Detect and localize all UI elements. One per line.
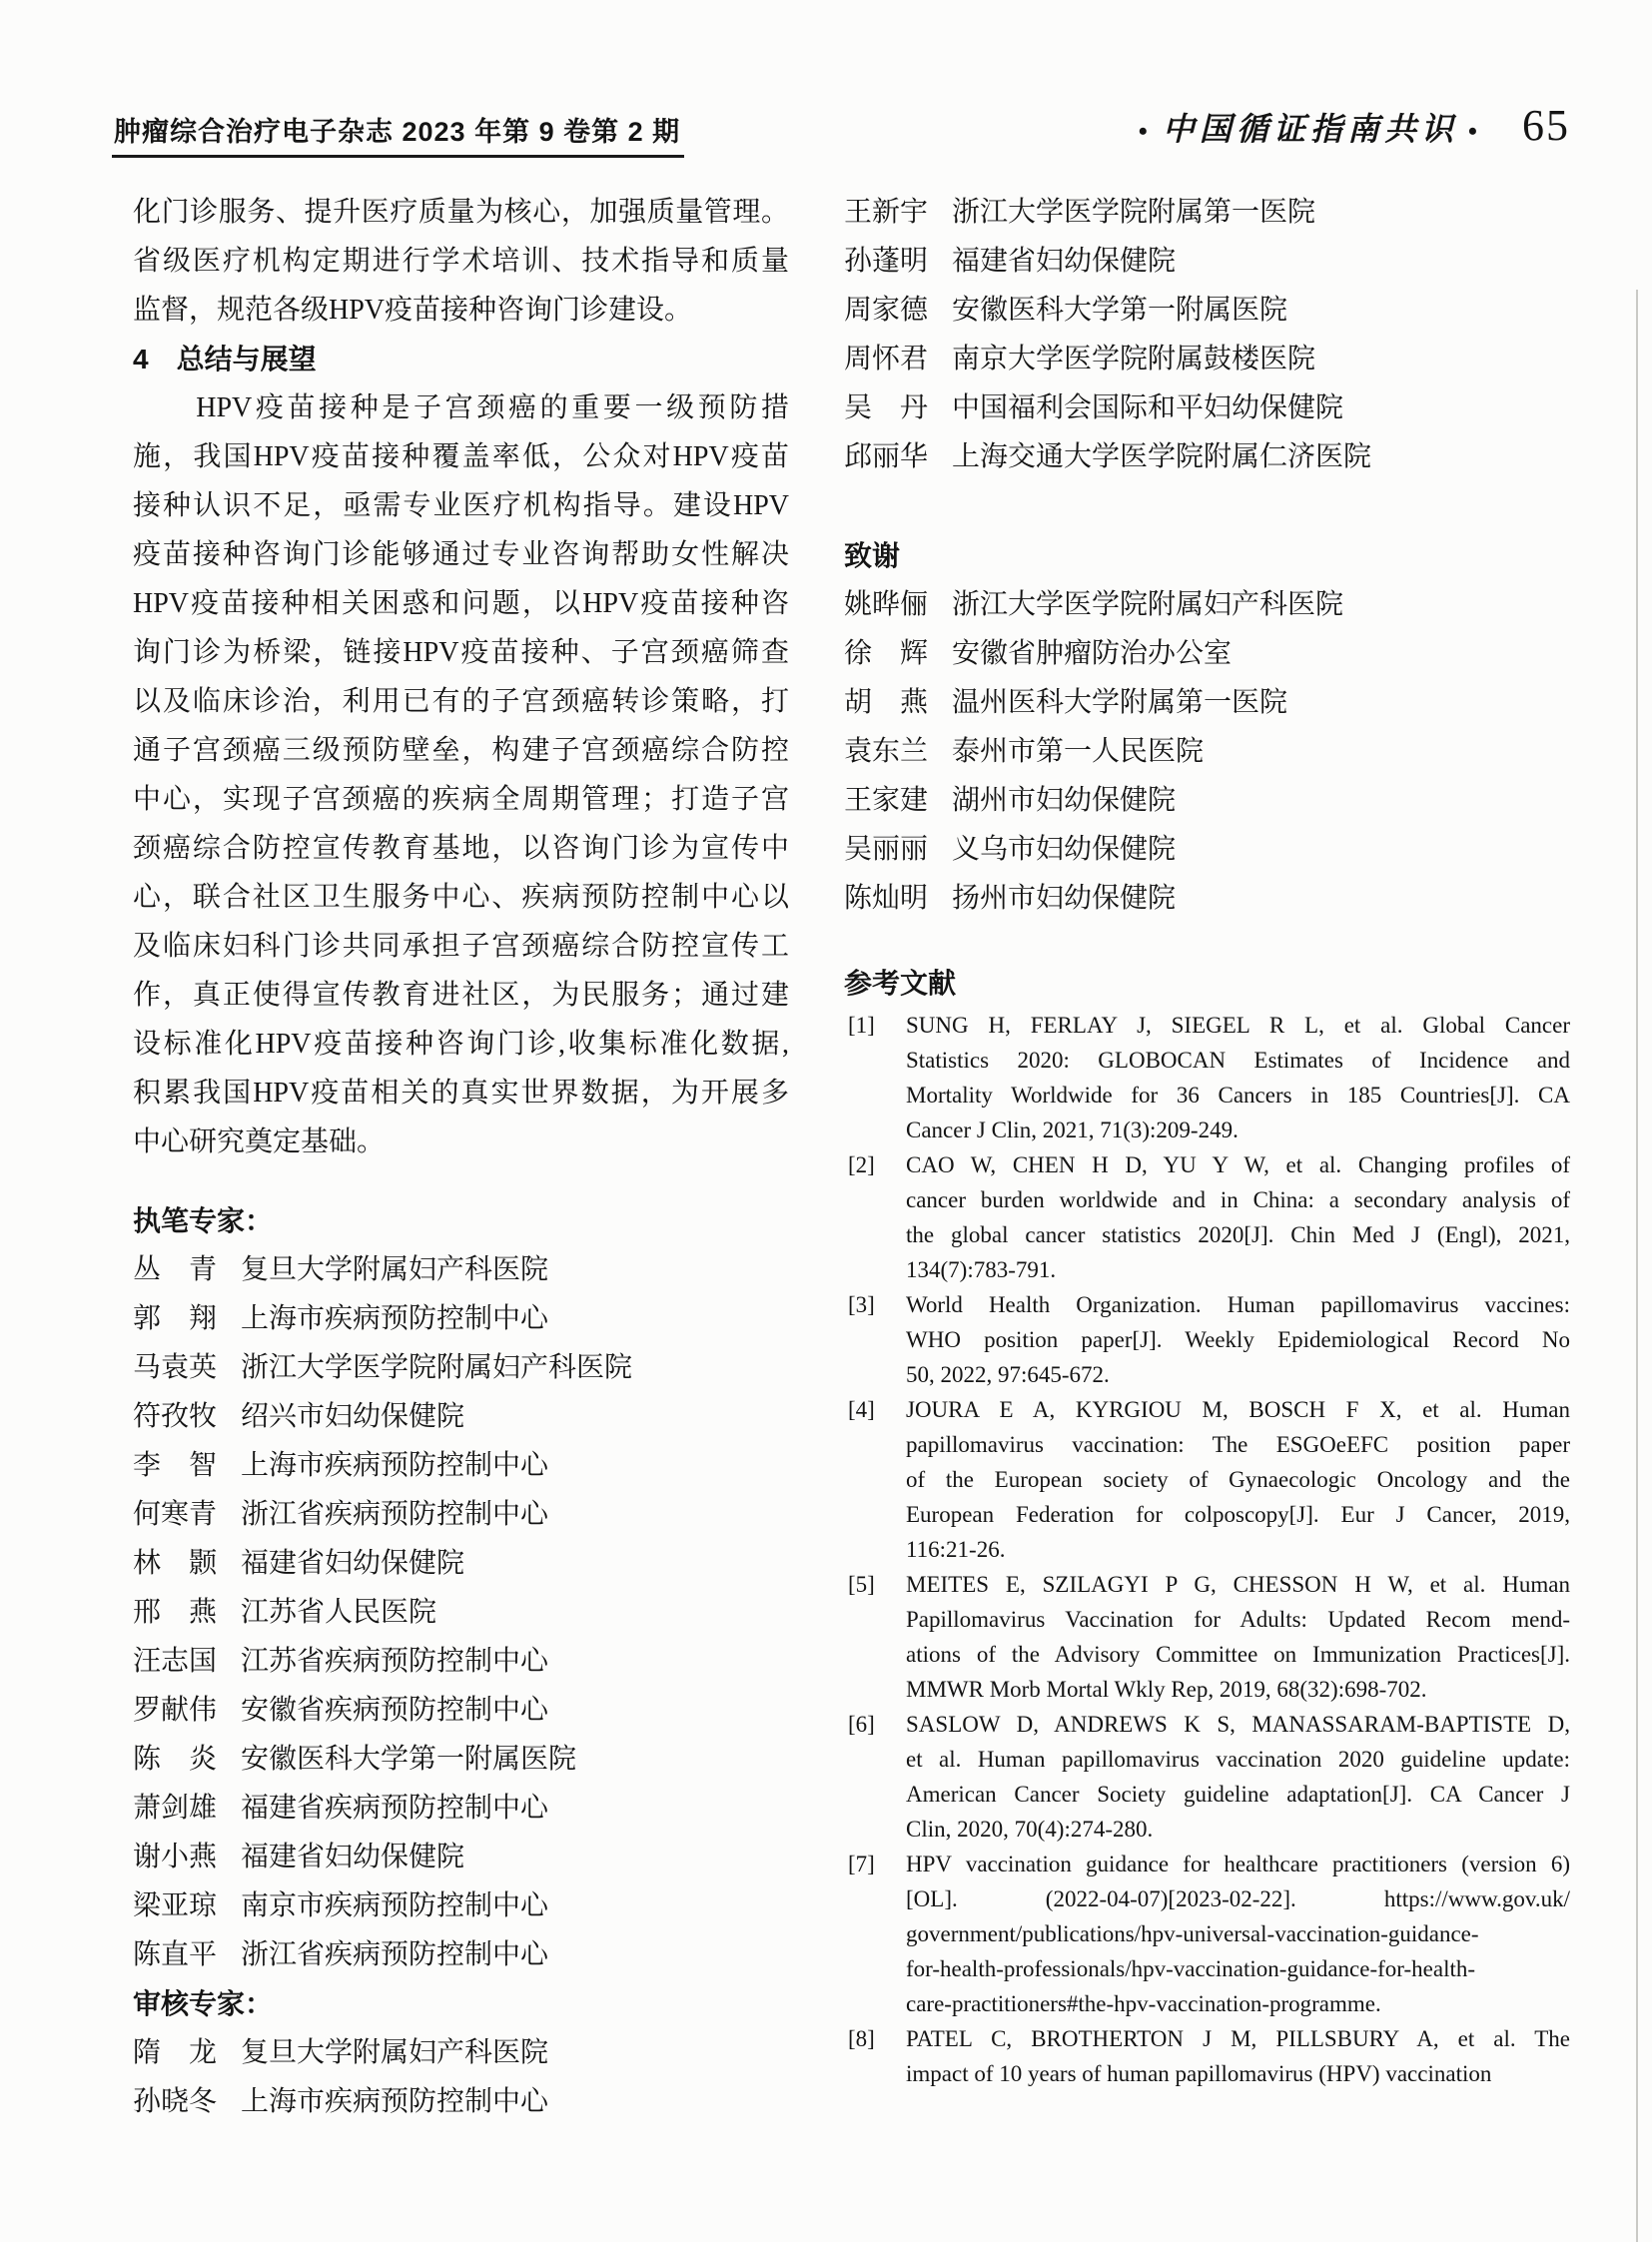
- person-organization: 上海市疾病预防控制中心: [241, 1441, 548, 1490]
- person-organization: 湖州市妇幼保健院: [952, 776, 1176, 825]
- person-row: 姚晔俪 浙江大学医学院附属妇产科医院: [844, 580, 1570, 629]
- reference-text-line: WHO position paper[J]. Weekly Epidemiolo…: [906, 1322, 1570, 1357]
- reference-text-line: SUNG H, FERLAY J, SIEGEL R L, et al. Glo…: [906, 1008, 1570, 1043]
- text-line: 作，真正使得宣传教育进社区，为民服务；通过建: [133, 971, 789, 1020]
- reference-text-line: PATEL C, BROTHERTON J M, PILLSBURY A, et…: [906, 2021, 1570, 2056]
- reference-text-line: the global cancer statistics 2020[J]. Ch…: [906, 1217, 1570, 1252]
- person-organization: 安徽省疾病预防控制中心: [241, 1686, 548, 1735]
- person-organization: 义乌市妇幼保健院: [952, 825, 1176, 874]
- reference-number: [6]: [848, 1707, 875, 1742]
- person-row: 王新宇 浙江大学医学院附属第一医院: [844, 188, 1570, 237]
- reference-item: [5] MEITES E, SZILAGYI P G, CHESSON H W,…: [844, 1567, 1570, 1707]
- text-line: 省级医疗机构定期进行学术培训、技术指导和质量: [133, 237, 789, 286]
- reference-number: [4]: [848, 1392, 875, 1427]
- text-line: HPV疫苗接种相关困惑和问题，以HPV疫苗接种咨: [133, 579, 789, 628]
- person-organization: 浙江省疾病预防控制中心: [241, 1930, 548, 1979]
- reference-text-line: MMWR Morb Mortal Wkly Rep, 2019, 68(32):…: [906, 1672, 1570, 1707]
- text-line: 及临床妇科门诊共同承担子宫颈癌综合防控宣传工: [133, 922, 789, 971]
- person-row: 孙晓冬 上海市疾病预防控制中心: [133, 2077, 789, 2126]
- text-line: 以及临床诊治，利用已有的子宫颈癌转诊策略，打: [133, 677, 789, 726]
- reference-text-line: Clin, 2020, 70(4):274-280.: [906, 1812, 1570, 1847]
- text-line: 设标准化HPV疫苗接种咨询门诊,收集标准化数据,: [133, 1020, 789, 1069]
- person-name: 李 智: [133, 1441, 229, 1490]
- reference-text-line: et al. Human papillomavirus vaccination …: [906, 1742, 1570, 1777]
- reference-number: [5]: [848, 1567, 875, 1602]
- person-organization: 浙江大学医学院附属妇产科医院: [241, 1343, 632, 1392]
- person-row: 袁东兰 泰州市第一人民医院: [844, 727, 1570, 776]
- person-row: 马袁英 浙江大学医学院附属妇产科医院: [133, 1343, 789, 1392]
- text-line: 监督，规范各级HPV疫苗接种咨询门诊建设。: [133, 286, 789, 335]
- reference-text: JOURA E A, KYRGIOU M, BOSCH F X, et al. …: [906, 1392, 1570, 1567]
- person-row: 周家德 安徽医科大学第一附属医院: [844, 286, 1570, 335]
- reference-item: [2] CAO W, CHEN H D, YU Y W, et al. Chan…: [844, 1147, 1570, 1287]
- reference-text: CAO W, CHEN H D, YU Y W, et al. Changing…: [906, 1147, 1570, 1287]
- person-organization: 福建省妇幼保健院: [241, 1539, 464, 1588]
- person-organization: 南京大学医学院附属鼓楼医院: [952, 335, 1315, 383]
- person-name: 吴丽丽: [844, 825, 940, 874]
- person-organization: 浙江大学医学院附属第一医院: [952, 188, 1315, 237]
- scan-edge-artifact: [1636, 290, 1638, 2242]
- reference-text-line: care-practitioners#the-hpv-vaccination-p…: [906, 1986, 1570, 2021]
- text-line: 心，联合社区卫生服务中心、疾病预防控制中心以: [133, 873, 789, 922]
- person-name: 梁亚琼: [133, 1881, 229, 1930]
- reference-text-line: papillomavirus vaccination: The ESGOeEFC…: [906, 1427, 1570, 1462]
- person-row: 徐 辉 安徽省肿瘤防治办公室: [844, 629, 1570, 678]
- person-name: 吴 丹: [844, 383, 940, 432]
- person-name: 郭 翔: [133, 1294, 229, 1343]
- person-row: 何寒青 浙江省疾病预防控制中心: [133, 1490, 789, 1539]
- text-line: 通子宫颈癌三级预防壁垒，构建子宫颈癌综合防控: [133, 726, 789, 775]
- person-organization: 上海市疾病预防控制中心: [241, 1294, 548, 1343]
- acknowledgements-list: 姚晔俪 浙江大学医学院附属妇产科医院 徐 辉 安徽省肿瘤防治办公室 胡 燕 温州…: [844, 580, 1570, 923]
- person-name: 何寒青: [133, 1490, 229, 1539]
- reference-item: [4] JOURA E A, KYRGIOU M, BOSCH F X, et …: [844, 1392, 1570, 1567]
- person-name: 周怀君: [844, 335, 940, 383]
- person-row: 陈直平 浙江省疾病预防控制中心: [133, 1930, 789, 1979]
- person-name: 徐 辉: [844, 629, 940, 678]
- person-name: 陈直平: [133, 1930, 229, 1979]
- reference-text-line: of the European society of Gynaecologic …: [906, 1462, 1570, 1497]
- person-row: 郭 翔 上海市疾病预防控制中心: [133, 1294, 789, 1343]
- text-line: 颈癌综合防控宣传教育基地，以咨询门诊为宣传中: [133, 824, 789, 873]
- page-header-right: •中国循证指南共识• 65: [1129, 104, 1570, 150]
- reference-item: [1] SUNG H, FERLAY J, SIEGEL R L, et al.…: [844, 1008, 1570, 1147]
- person-name: 姚晔俪: [844, 580, 940, 629]
- reviewers-list: 隋 龙 复旦大学附属妇产科医院 孙晓冬 上海市疾病预防控制中心: [133, 2028, 789, 2126]
- person-name: 隋 龙: [133, 2028, 229, 2077]
- person-organization: 温州医科大学附属第一医院: [952, 678, 1287, 727]
- person-name: 胡 燕: [844, 678, 940, 727]
- person-row: 陈 炎 安徽医科大学第一附属医院: [133, 1735, 789, 1784]
- reference-text: HPV vaccination guidance for healthcare …: [906, 1847, 1570, 2021]
- person-organization: 安徽省肿瘤防治办公室: [952, 629, 1232, 678]
- person-organization: 浙江大学医学院附属妇产科医院: [952, 580, 1343, 629]
- reference-text-line: 50, 2022, 97:645-672.: [906, 1357, 1570, 1392]
- text-line: HPV疫苗接种是子宫颈癌的重要一级预防措: [133, 383, 789, 432]
- reviewers-heading: 审核专家：: [133, 1979, 789, 2028]
- reference-text-line: American Cancer Society guideline adapta…: [906, 1777, 1570, 1812]
- reference-text-line: Statistics 2020: GLOBOCAN Estimates of I…: [906, 1043, 1570, 1078]
- person-organization: 安徽医科大学第一附属医院: [952, 286, 1287, 335]
- person-name: 孙晓冬: [133, 2077, 229, 2126]
- reference-text-line: 116:21-26.: [906, 1532, 1570, 1567]
- reference-item: [6] SASLOW D, ANDREWS K S, MANASSARAM-BA…: [844, 1707, 1570, 1847]
- person-row: 吴丽丽 义乌市妇幼保健院: [844, 825, 1570, 874]
- person-name: 萧剑雄: [133, 1784, 229, 1833]
- person-organization: 福建省妇幼保健院: [952, 237, 1176, 286]
- writers-list: 丛 青 复旦大学附属妇产科医院 郭 翔 上海市疾病预防控制中心 马袁英 浙江大学…: [133, 1245, 789, 1979]
- reference-text-line: CAO W, CHEN H D, YU Y W, et al. Changing…: [906, 1147, 1570, 1182]
- person-row: 吴 丹 中国福利会国际和平妇幼保健院: [844, 383, 1570, 432]
- person-row: 符孜牧 绍兴市妇幼保健院: [133, 1392, 789, 1441]
- text-line: 施，我国HPV疫苗接种覆盖率低，公众对HPV疫苗: [133, 432, 789, 481]
- person-name: 王新宇: [844, 188, 940, 237]
- page-number: 65: [1522, 104, 1570, 148]
- bullet-right-icon: •: [1468, 117, 1482, 146]
- reference-text-line: 134(7):783-791.: [906, 1252, 1570, 1287]
- reviewers-continued-list: 王新宇 浙江大学医学院附属第一医院 孙蓬明 福建省妇幼保健院 周家德 安徽医科大…: [844, 188, 1570, 481]
- person-row: 萧剑雄 福建省疾病预防控制中心: [133, 1784, 789, 1833]
- reference-text-line: World Health Organization. Human papillo…: [906, 1287, 1570, 1322]
- text-line: 疫苗接种咨询门诊能够通过专业咨询帮助女性解决: [133, 530, 789, 579]
- person-organization: 绍兴市妇幼保健院: [241, 1392, 464, 1441]
- acknowledgements-heading: 致谢: [844, 531, 1570, 580]
- reference-number: [2]: [848, 1147, 875, 1182]
- reference-text: PATEL C, BROTHERTON J M, PILLSBURY A, et…: [906, 2021, 1570, 2091]
- reference-text-line: MEITES E, SZILAGYI P G, CHESSON H W, et …: [906, 1567, 1570, 1602]
- person-name: 陈 炎: [133, 1735, 229, 1784]
- reference-text-line: Papillomavirus Vaccination for Adults: U…: [906, 1602, 1570, 1637]
- reference-text-line: cancer burden worldwide and in China: a …: [906, 1182, 1570, 1217]
- text-line: 接种认识不足，亟需专业医疗机构指导。建设HPV: [133, 481, 789, 530]
- person-organization: 复旦大学附属妇产科医院: [241, 1245, 548, 1294]
- person-organization: 扬州市妇幼保健院: [952, 874, 1176, 923]
- reference-number: [7]: [848, 1847, 875, 1881]
- person-row: 梁亚琼 南京市疾病预防控制中心: [133, 1881, 789, 1930]
- bullet-left-icon: •: [1139, 117, 1153, 146]
- text-line: 询门诊为桥梁，链接HPV疫苗接种、子宫颈癌筛查: [133, 628, 789, 677]
- right-column: 王新宇 浙江大学医学院附属第一医院 孙蓬明 福建省妇幼保健院 周家德 安徽医科大…: [844, 188, 1570, 2091]
- reference-text-line: Mortality Worldwide for 36 Cancers in 18…: [906, 1078, 1570, 1113]
- person-name: 谢小燕: [133, 1833, 229, 1881]
- reference-text: SASLOW D, ANDREWS K S, MANASSARAM-BAPTIS…: [906, 1707, 1570, 1847]
- person-organization: 上海交通大学医学院附属仁济医院: [952, 432, 1371, 481]
- person-name: 袁东兰: [844, 727, 940, 776]
- reference-text-line: JOURA E A, KYRGIOU M, BOSCH F X, et al. …: [906, 1392, 1570, 1427]
- reference-number: [1]: [848, 1008, 875, 1043]
- person-row: 林 颢 福建省妇幼保健院: [133, 1539, 789, 1588]
- references-list: [1] SUNG H, FERLAY J, SIEGEL R L, et al.…: [844, 1008, 1570, 2091]
- text-line: 中心研究奠定基础。: [133, 1118, 789, 1166]
- reference-text-line: Cancer J Clin, 2021, 71(3):209-249.: [906, 1113, 1570, 1147]
- reference-number: [8]: [848, 2021, 875, 2056]
- reference-text-line: ations of the Advisory Committee on Immu…: [906, 1637, 1570, 1672]
- person-name: 周家德: [844, 286, 940, 335]
- paragraph-continued: 化门诊服务、提升医疗质量为核心，加强质量管理。省级医疗机构定期进行学术培训、技术…: [133, 188, 789, 335]
- person-row: 罗献伟 安徽省疾病预防控制中心: [133, 1686, 789, 1735]
- person-row: 胡 燕 温州医科大学附属第一医院: [844, 678, 1570, 727]
- reference-text-line: [OL]. (2022-04-07)[2023-02-22]. https://…: [906, 1881, 1570, 1916]
- person-name: 陈灿明: [844, 874, 940, 923]
- reference-text-line: SASLOW D, ANDREWS K S, MANASSARAM-BAPTIS…: [906, 1707, 1570, 1742]
- person-name: 孙蓬明: [844, 237, 940, 286]
- person-name: 汪志国: [133, 1637, 229, 1686]
- person-organization: 安徽医科大学第一附属医院: [241, 1735, 576, 1784]
- reference-text-line: European Federation for colposcopy[J]. E…: [906, 1497, 1570, 1532]
- person-name: 林 颢: [133, 1539, 229, 1588]
- person-row: 王家建 湖州市妇幼保健院: [844, 776, 1570, 825]
- person-organization: 江苏省人民医院: [241, 1588, 436, 1637]
- person-row: 李 智 上海市疾病预防控制中心: [133, 1441, 789, 1490]
- person-name: 邱丽华: [844, 432, 940, 481]
- text-line: 化门诊服务、提升医疗质量为核心，加强质量管理。: [133, 188, 789, 237]
- person-row: 周怀君 南京大学医学院附属鼓楼医院: [844, 335, 1570, 383]
- paragraph-summary: HPV疫苗接种是子宫颈癌的重要一级预防措施，我国HPV疫苗接种覆盖率低，公众对H…: [133, 383, 789, 1166]
- writers-heading: 执笔专家：: [133, 1196, 789, 1245]
- person-organization: 泰州市第一人民医院: [952, 727, 1204, 776]
- person-name: 邢 燕: [133, 1588, 229, 1637]
- reference-text-line: HPV vaccination guidance for healthcare …: [906, 1847, 1570, 1881]
- person-name: 马袁英: [133, 1343, 229, 1392]
- section-heading: 4 总结与展望: [133, 335, 789, 383]
- section-title: 中国循证指南共识: [1163, 111, 1458, 147]
- person-organization: 复旦大学附属妇产科医院: [241, 2028, 548, 2077]
- person-row: 汪志国 江苏省疾病预防控制中心: [133, 1637, 789, 1686]
- person-organization: 南京市疾病预防控制中心: [241, 1881, 548, 1930]
- person-organization: 福建省妇幼保健院: [241, 1833, 464, 1881]
- person-row: 谢小燕 福建省妇幼保健院: [133, 1833, 789, 1881]
- text-line: 积累我国HPV疫苗相关的真实世界数据，为开展多: [133, 1069, 789, 1118]
- section-banner: •中国循证指南共识•: [1129, 104, 1492, 150]
- person-row: 邱丽华 上海交通大学医学院附属仁济医院: [844, 432, 1570, 481]
- person-row: 丛 青 复旦大学附属妇产科医院: [133, 1245, 789, 1294]
- reference-text: World Health Organization. Human papillo…: [906, 1287, 1570, 1392]
- left-column: 化门诊服务、提升医疗质量为核心，加强质量管理。省级医疗机构定期进行学术培训、技术…: [133, 188, 789, 2126]
- references-heading: 参考文献: [844, 959, 1570, 1008]
- text-line: 中心，实现子宫颈癌的疾病全周期管理；打造子宫: [133, 775, 789, 824]
- reference-number: [3]: [848, 1287, 875, 1322]
- person-row: 孙蓬明 福建省妇幼保健院: [844, 237, 1570, 286]
- person-organization: 中国福利会国际和平妇幼保健院: [952, 383, 1343, 432]
- journal-page: 肿瘤综合治疗电子杂志 2023 年第 9 卷第 2 期 •中国循证指南共识• 6…: [0, 0, 1652, 2242]
- person-organization: 江苏省疾病预防控制中心: [241, 1637, 548, 1686]
- person-organization: 福建省疾病预防控制中心: [241, 1784, 548, 1833]
- reference-item: [8] PATEL C, BROTHERTON J M, PILLSBURY A…: [844, 2021, 1570, 2091]
- reference-item: [3] World Health Organization. Human pap…: [844, 1287, 1570, 1392]
- person-organization: 浙江省疾病预防控制中心: [241, 1490, 548, 1539]
- reference-text-line: for-health-professionals/hpv-vaccination…: [906, 1951, 1570, 1986]
- person-row: 隋 龙 复旦大学附属妇产科医院: [133, 2028, 789, 2077]
- person-name: 王家建: [844, 776, 940, 825]
- person-name: 罗献伟: [133, 1686, 229, 1735]
- person-row: 陈灿明 扬州市妇幼保健院: [844, 874, 1570, 923]
- reference-text: SUNG H, FERLAY J, SIEGEL R L, et al. Glo…: [906, 1008, 1570, 1147]
- person-row: 邢 燕 江苏省人民医院: [133, 1588, 789, 1637]
- journal-title: 肿瘤综合治疗电子杂志 2023 年第 9 卷第 2 期: [112, 116, 684, 158]
- reference-text: MEITES E, SZILAGYI P G, CHESSON H W, et …: [906, 1567, 1570, 1707]
- reference-item: [7] HPV vaccination guidance for healthc…: [844, 1847, 1570, 2021]
- person-organization: 上海市疾病预防控制中心: [241, 2077, 548, 2126]
- person-name: 丛 青: [133, 1245, 229, 1294]
- person-name: 符孜牧: [133, 1392, 229, 1441]
- reference-text-line: government/publications/hpv-universal-va…: [906, 1916, 1570, 1951]
- reference-text-line: impact of 10 years of human papillomavir…: [906, 2056, 1570, 2091]
